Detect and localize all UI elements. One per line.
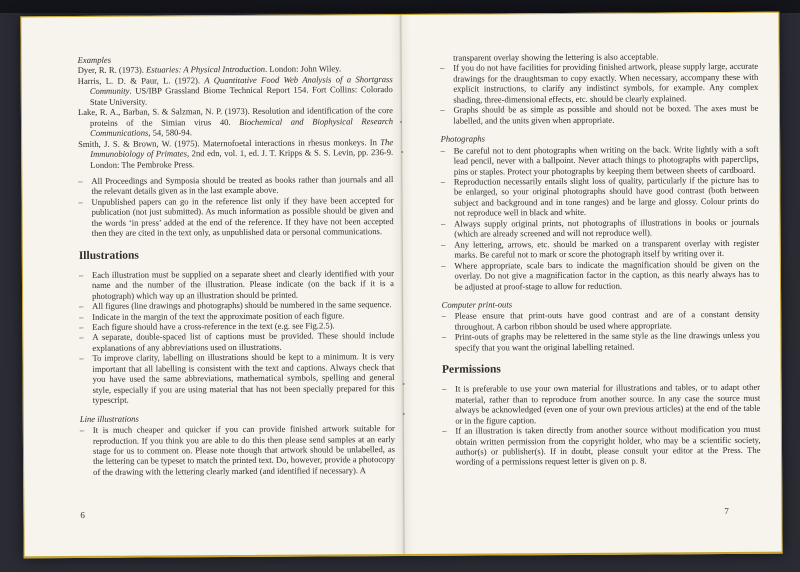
- text-run: Harris, L. D. & Paur, L. (1972).: [78, 75, 205, 86]
- dash-marker: –: [441, 219, 445, 229]
- dash-item: –A separate, double-spaced list of capti…: [79, 330, 394, 353]
- right-page: transparent overlay showing the letterin…: [424, 13, 782, 554]
- dash-item: –Be careful not to dent photographs when…: [441, 143, 759, 176]
- dash-marker: –: [79, 311, 83, 321]
- text-run-italic: Estuaries: A Physical Introduction: [146, 64, 265, 75]
- dash-marker: –: [442, 311, 446, 321]
- text-run: It is much cheaper and quicker if you ca…: [93, 423, 395, 477]
- dash-marker: –: [442, 426, 446, 436]
- photo-top-border: [0, 0, 800, 13]
- text-run: Unpublished papers can go in the referen…: [91, 195, 393, 238]
- text-run: . London: John Wiley.: [265, 64, 341, 74]
- heading-italic: Computer print-outs: [442, 298, 760, 310]
- dash-marker: –: [441, 177, 445, 187]
- text-run: . US/IBP Grassland Biome Technical Repor…: [90, 84, 393, 106]
- left-page-content: ExamplesDyer, R. R. (1973). Estuaries: A…: [78, 53, 396, 477]
- dash-marker: –: [79, 332, 83, 342]
- heading-italic: Line illustrations: [80, 412, 395, 424]
- right-page-content: transparent overlay showing the letterin…: [440, 51, 761, 468]
- dash-item: –It is preferable to use your own materi…: [442, 382, 760, 426]
- dust-speck: [403, 413, 405, 415]
- reference: Harris, L. D. & Paur, L. (1972). A Quant…: [78, 74, 393, 107]
- text-run: Dyer, R. R. (1973).: [78, 65, 146, 75]
- open-book: ExamplesDyer, R. R. (1973). Estuaries: A…: [20, 12, 782, 559]
- dash-marker: –: [440, 105, 444, 115]
- dash-marker: –: [79, 353, 83, 363]
- heading-italic: Photographs: [441, 132, 759, 144]
- dash-item: –Always supply original prints, not phot…: [441, 217, 759, 240]
- dash-item: –Unpublished papers can go in the refere…: [78, 195, 393, 239]
- heading-bold: Illustrations: [79, 248, 394, 263]
- reference: Smith, J. S. & Brown, W. (1975). Materno…: [78, 137, 393, 170]
- dash-marker: –: [79, 322, 83, 332]
- photo-of-open-book: { "colors":{"background":"#2b2b34","top_…: [0, 0, 800, 572]
- dash-marker: –: [78, 176, 82, 186]
- text-run: Always supply original prints, not photo…: [454, 217, 759, 239]
- text-run: A separate, double-spaced list of captio…: [92, 330, 394, 352]
- dash-item: –All Proceedings and Symposia should be …: [78, 174, 393, 197]
- text-run: If you do not have facilities for provid…: [453, 61, 758, 104]
- dash-item: –Reproduction necessarily entails slight…: [441, 175, 759, 219]
- text-run: All Proceedings and Symposia should be t…: [91, 174, 393, 196]
- text-run: transparent overlay showing the letterin…: [453, 51, 658, 62]
- dash-marker: –: [441, 239, 445, 249]
- dust-speck: [400, 121, 402, 123]
- page-number-right: 7: [724, 506, 729, 516]
- dash-item: –Please ensure that print-outs have good…: [442, 309, 760, 332]
- dash-item: –It is much cheaper and quicker if you c…: [80, 423, 395, 477]
- dash-item: –Graphs should be as simple as possible …: [440, 103, 758, 126]
- dust-speck: [401, 151, 403, 153]
- dash-item: –Any lettering, arrows, etc. should be m…: [441, 238, 759, 261]
- dash-marker: –: [442, 384, 446, 394]
- text-run: Each illustration must be supplied on a …: [92, 268, 394, 301]
- text-run: Where appropriate, scale bars to indicat…: [454, 258, 759, 291]
- dash-marker: –: [78, 197, 82, 207]
- dash-item: –Where appropriate, scale bars to indica…: [441, 258, 759, 291]
- dash-item: –Print-outs of graphs may be relettered …: [442, 330, 760, 353]
- dust-speck: [403, 383, 405, 385]
- text-run: Please ensure that print-outs have good …: [455, 309, 760, 331]
- text-run: If an illustration is taken directly fro…: [455, 424, 760, 467]
- heading-bold: Permissions: [442, 362, 760, 377]
- page-number-left: 6: [80, 510, 85, 520]
- dash-marker: –: [442, 332, 446, 342]
- text-run: Reproduction necessarily entails slight …: [454, 175, 759, 218]
- reference: Lake, R. A., Barban, S. & Salzman, N. P.…: [78, 105, 393, 138]
- text-run: Any lettering, arrows, etc. should be ma…: [454, 238, 759, 260]
- dash-item: –To improve clarity, labelling on illust…: [79, 351, 394, 405]
- left-page: ExamplesDyer, R. R. (1973). Estuaries: A…: [21, 15, 427, 556]
- dash-marker: –: [80, 425, 84, 435]
- text-run: To improve clarity, labelling on illustr…: [92, 351, 394, 405]
- dash-marker: –: [441, 260, 445, 270]
- dash-marker: –: [79, 301, 83, 311]
- text-run: It is preferable to use your own materia…: [455, 382, 760, 425]
- text-run: Be careful not to dent photographs when …: [454, 143, 759, 176]
- dash-marker: –: [79, 270, 83, 280]
- dash-marker: –: [440, 63, 444, 73]
- dash-item: –Each illustration must be supplied on a…: [79, 268, 394, 301]
- dash-marker: –: [441, 145, 445, 155]
- text-run: Graphs should be as simple as possible a…: [453, 103, 758, 125]
- dash-item: –If you do not have facilities for provi…: [440, 61, 758, 105]
- text-run: , 54, 580-94.: [148, 127, 192, 137]
- dash-item: –If an illustration is taken directly fr…: [442, 424, 760, 468]
- text-run: Print-outs of graphs may be relettered i…: [455, 330, 760, 352]
